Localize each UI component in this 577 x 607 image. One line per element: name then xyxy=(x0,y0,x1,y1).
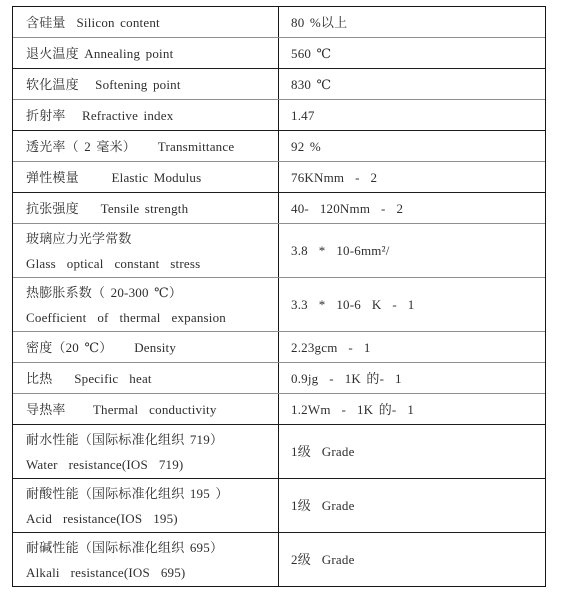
property-label-cell: 耐酸性能（国际标准化组织 195 ） Acid resistance(IOS 1… xyxy=(13,479,279,532)
property-value-cell: 1.47 xyxy=(279,100,545,130)
property-value: 2.23gcm - 1 xyxy=(291,335,371,360)
table-row: 弹性模量 Elastic Modulus 76KNmm - 2 xyxy=(13,162,545,193)
property-label-cell: 耐碱性能（国际标准化组织 695） Alkali resistance(IOS … xyxy=(13,533,279,586)
property-value: 76KNmm - 2 xyxy=(291,165,377,190)
property-value-cell: 1.2Wm - 1K 的- 1 xyxy=(279,394,545,424)
table-row: 抗张强度 Tensile strength 40- 120Nmm - 2 xyxy=(13,193,545,224)
property-value: 2级 Grade xyxy=(291,547,355,572)
property-value: 1.2Wm - 1K 的- 1 xyxy=(291,397,414,422)
property-value: 1.47 xyxy=(291,103,315,128)
property-value-cell: 560 ℃ xyxy=(279,38,545,68)
table-row: 含硅量 Silicon content 80 %以上 xyxy=(13,7,545,38)
property-value-cell: 40- 120Nmm - 2 xyxy=(279,193,545,223)
property-value: 0.9jg - 1K 的- 1 xyxy=(291,366,402,391)
property-label: 含硅量 Silicon content xyxy=(26,10,278,35)
property-value: 1级 Grade xyxy=(291,493,355,518)
property-label: 退火温度 Annealing point xyxy=(26,41,278,66)
property-label: 折射率 Refractive index xyxy=(26,103,278,128)
glass-properties-table: 含硅量 Silicon content 80 %以上 退火温度 Annealin… xyxy=(12,6,546,587)
table-row: 导热率 Thermal conductivity 1.2Wm - 1K 的- 1 xyxy=(13,394,545,425)
property-value-cell: 3.3 * 10-6 K - 1 xyxy=(279,278,545,331)
property-label: 弹性模量 Elastic Modulus xyxy=(26,165,278,190)
table-row: 热膨胀系数（ 20-300 ℃） Coefficient of thermal … xyxy=(13,278,545,332)
property-label-cell: 透光率（ 2 毫米） Transmittance xyxy=(13,131,279,161)
property-value: 3.3 * 10-6 K - 1 xyxy=(291,292,415,317)
property-label-cell: 含硅量 Silicon content xyxy=(13,7,279,37)
property-label: 耐酸性能（国际标准化组织 195 ） xyxy=(26,481,278,506)
property-value: 92 % xyxy=(291,134,321,159)
property-label: 抗张强度 Tensile strength xyxy=(26,196,278,221)
table-row: 耐酸性能（国际标准化组织 195 ） Acid resistance(IOS 1… xyxy=(13,479,545,533)
property-label-english: Coefficient of thermal expansion xyxy=(26,305,278,330)
property-label-cell: 软化温度 Softening point xyxy=(13,69,279,99)
table-row: 软化温度 Softening point 830 ℃ xyxy=(13,69,545,100)
property-value: 80 %以上 xyxy=(291,10,347,35)
property-label-cell: 退火温度 Annealing point xyxy=(13,38,279,68)
table-row: 玻璃应力光学常数 Glass optical constant stress 3… xyxy=(13,224,545,278)
property-label: 玻璃应力光学常数 xyxy=(26,226,278,251)
property-label-cell: 折射率 Refractive index xyxy=(13,100,279,130)
property-label: 导热率 Thermal conductivity xyxy=(26,397,278,422)
property-value: 560 ℃ xyxy=(291,41,331,66)
property-label-cell: 导热率 Thermal conductivity xyxy=(13,394,279,424)
table-row: 退火温度 Annealing point 560 ℃ xyxy=(13,38,545,69)
property-value-cell: 80 %以上 xyxy=(279,7,545,37)
property-label-cell: 耐水性能（国际标准化组织 719） Water resistance(IOS 7… xyxy=(13,425,279,478)
property-label-cell: 热膨胀系数（ 20-300 ℃） Coefficient of thermal … xyxy=(13,278,279,331)
table-row: 密度（20 ℃） Density 2.23gcm - 1 xyxy=(13,332,545,363)
property-value: 830 ℃ xyxy=(291,72,331,97)
property-label: 比热 Specific heat xyxy=(26,366,278,391)
table-row: 耐碱性能（国际标准化组织 695） Alkali resistance(IOS … xyxy=(13,533,545,586)
table-row: 比热 Specific heat 0.9jg - 1K 的- 1 xyxy=(13,363,545,394)
property-value: 40- 120Nmm - 2 xyxy=(291,196,403,221)
table-row: 折射率 Refractive index 1.47 xyxy=(13,100,545,131)
property-label-cell: 玻璃应力光学常数 Glass optical constant stress xyxy=(13,224,279,277)
table-row: 耐水性能（国际标准化组织 719） Water resistance(IOS 7… xyxy=(13,425,545,479)
property-value-cell: 1级 Grade xyxy=(279,479,545,532)
property-value-cell: 92 % xyxy=(279,131,545,161)
property-label: 耐水性能（国际标准化组织 719） xyxy=(26,427,278,452)
property-value-cell: 2级 Grade xyxy=(279,533,545,586)
property-value: 3.8 * 10-6mm²/ xyxy=(291,238,390,263)
property-label-english: Acid resistance(IOS 195) xyxy=(26,506,278,531)
property-value: 1级 Grade xyxy=(291,439,355,464)
table-row: 透光率（ 2 毫米） Transmittance 92 % xyxy=(13,131,545,162)
property-label-english: Water resistance(IOS 719) xyxy=(26,452,278,477)
property-label-cell: 弹性模量 Elastic Modulus xyxy=(13,162,279,192)
property-label: 透光率（ 2 毫米） Transmittance xyxy=(26,134,278,159)
property-label-cell: 比热 Specific heat xyxy=(13,363,279,393)
property-value-cell: 830 ℃ xyxy=(279,69,545,99)
property-value-cell: 3.8 * 10-6mm²/ xyxy=(279,224,545,277)
property-label: 耐碱性能（国际标准化组织 695） xyxy=(26,535,278,560)
property-label: 软化温度 Softening point xyxy=(26,72,278,97)
property-value-cell: 0.9jg - 1K 的- 1 xyxy=(279,363,545,393)
property-label-cell: 抗张强度 Tensile strength xyxy=(13,193,279,223)
property-value-cell: 76KNmm - 2 xyxy=(279,162,545,192)
property-label-english: Glass optical constant stress xyxy=(26,251,278,276)
property-label-cell: 密度（20 ℃） Density xyxy=(13,332,279,362)
property-label: 密度（20 ℃） Density xyxy=(26,335,278,360)
property-value-cell: 2.23gcm - 1 xyxy=(279,332,545,362)
property-label: 热膨胀系数（ 20-300 ℃） xyxy=(26,280,278,305)
property-label-english: Alkali resistance(IOS 695) xyxy=(26,560,278,585)
property-value-cell: 1级 Grade xyxy=(279,425,545,478)
